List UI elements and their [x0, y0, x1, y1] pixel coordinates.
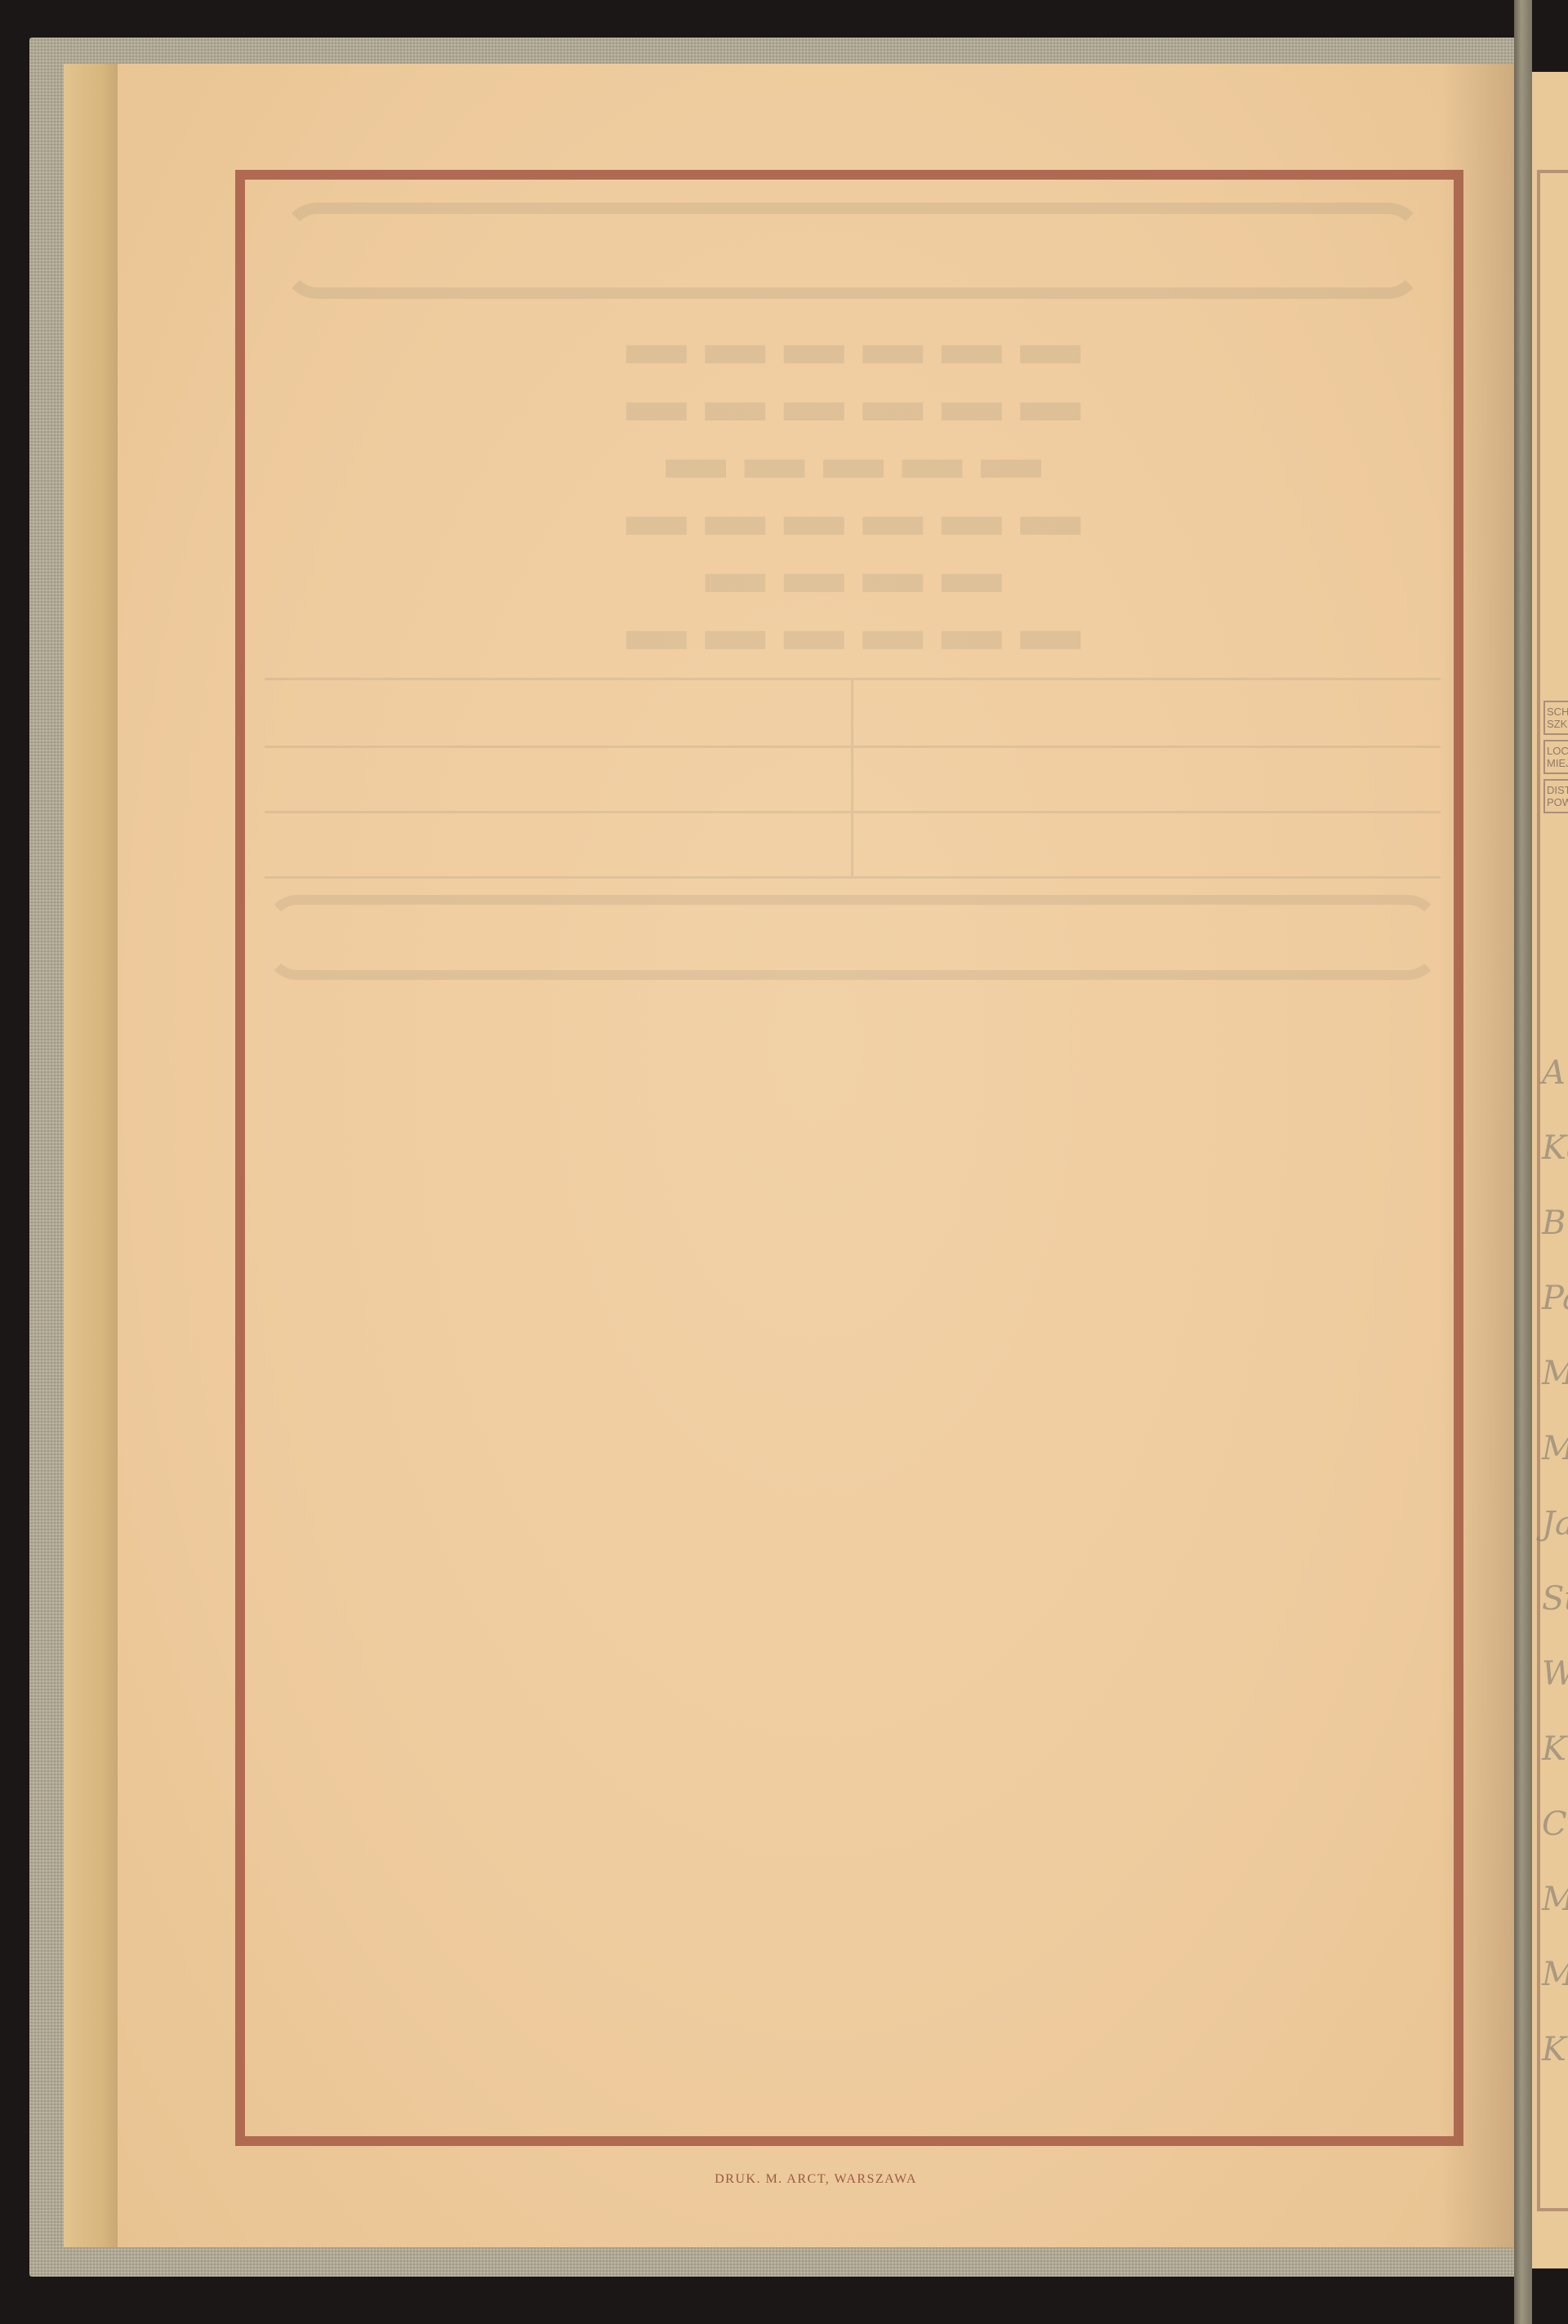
label-school: SCHO SZKO	[1543, 701, 1568, 735]
facing-page-labels: SCHO SZKO LOCA MIEJ DIST POW	[1543, 701, 1568, 818]
endpaper-page: ▬ ▬ ▬ ▬ ▬ ▬ ▬ ▬ ▬ ▬ ▬ ▬ ▬ ▬ ▬ ▬ ▬ ▬ ▬ ▬ …	[118, 64, 1514, 2247]
label-district: DIST POW	[1543, 779, 1568, 813]
book-gutter	[1514, 0, 1532, 2324]
gutter-shadow	[1441, 64, 1514, 2247]
label-locality: LOCA MIEJ	[1543, 740, 1568, 774]
facing-page-edge: SCHO SZKO LOCA MIEJ DIST POW An Ka Br Pa…	[1532, 72, 1568, 2268]
scan-background: ▬ ▬ ▬ ▬ ▬ ▬ ▬ ▬ ▬ ▬ ▬ ▬ ▬ ▬ ▬ ▬ ▬ ▬ ▬ ▬ …	[0, 0, 1568, 2324]
handwritten-names: An Ka Br Pa Mi Ma Ja St W K Ce Ma Ma K	[1542, 1035, 1568, 2087]
printer-imprint: DRUK. M. ARCT, WARSZAWA	[118, 2172, 1514, 2187]
red-frame-border	[235, 170, 1463, 2146]
page-block-edge	[64, 64, 118, 2247]
